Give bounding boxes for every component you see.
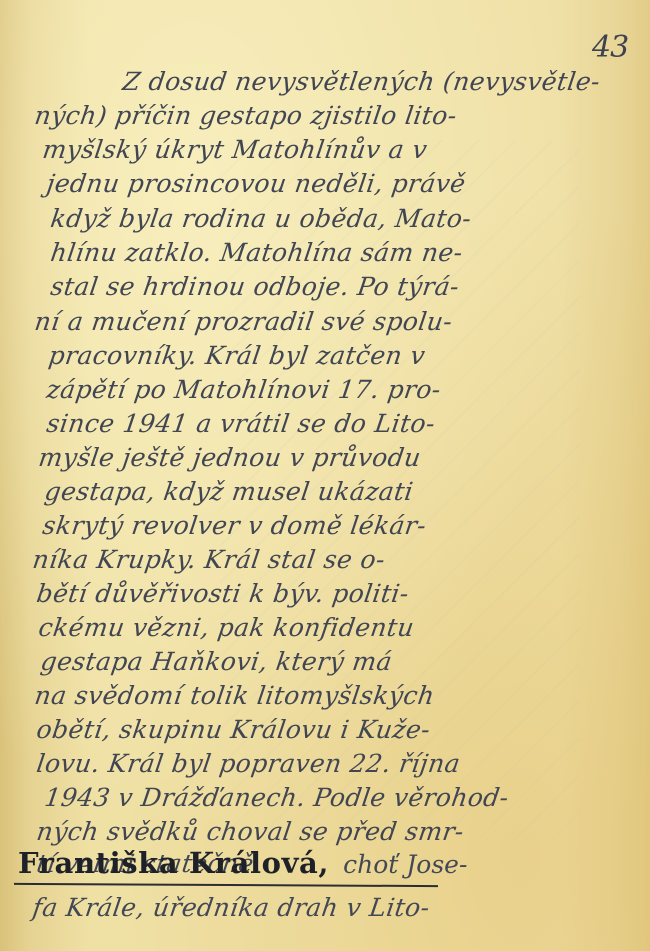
page-number: 43 [592, 30, 628, 65]
final-text-line: fa Krále, úředníka drah v Lito- [30, 888, 432, 928]
manuscript-page: 43 Z dosud nevysvětlených (nevysvětle- n… [0, 0, 650, 951]
name-heading: Františka Králová, [18, 846, 329, 880]
text-line: jednu prosincovou neděli, právě [44, 164, 468, 204]
text-line: stal se hrdinou odboje. Po týrá- [48, 267, 462, 307]
name-heading-continuation: choť Jose- [343, 850, 467, 879]
